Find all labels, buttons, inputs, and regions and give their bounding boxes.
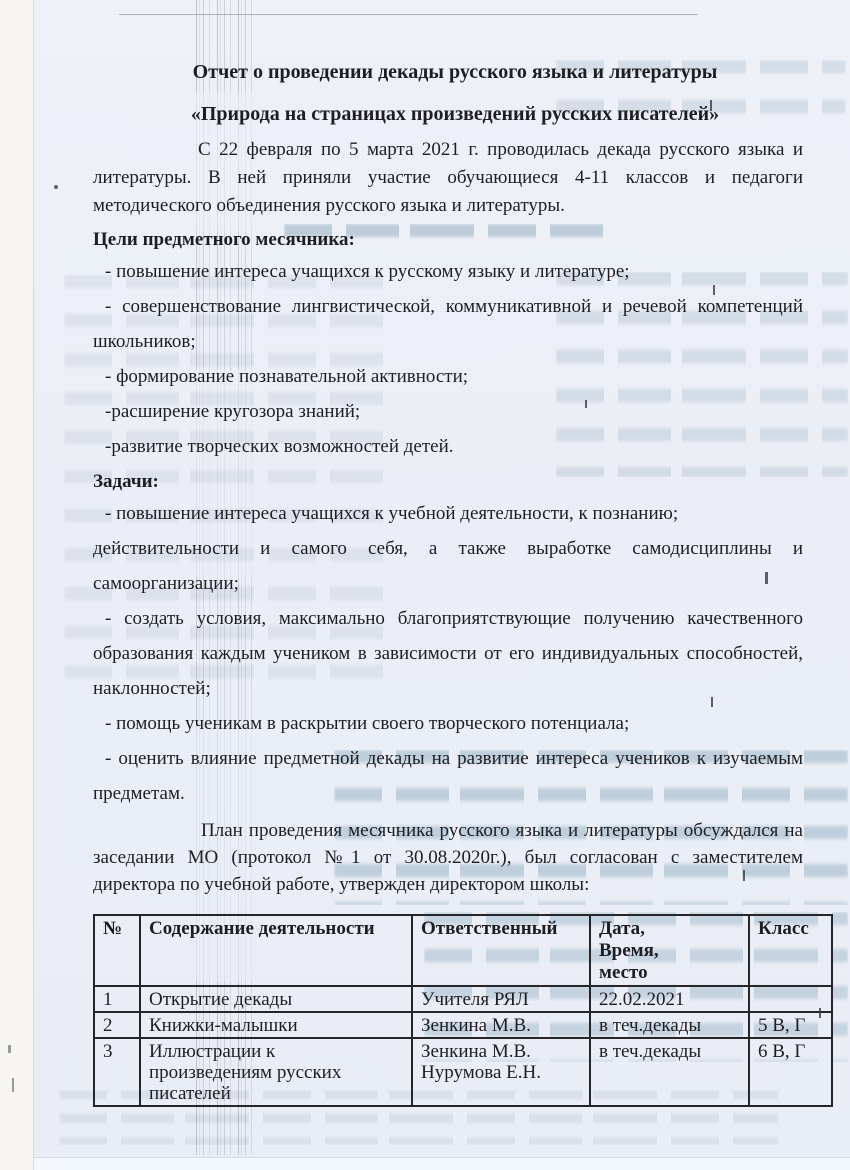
task-item: - оценить влияние предметной декады на р… bbox=[93, 741, 817, 811]
scan-speck bbox=[12, 1078, 14, 1092]
scan-speck bbox=[8, 1045, 11, 1053]
report-title: Отчет о проведении декады русского языка… bbox=[93, 60, 817, 84]
scan-speck bbox=[710, 100, 712, 111]
goal-item: - совершенствование лингвистической, ком… bbox=[93, 289, 817, 359]
table-cell: Иллюстрации к произведениям русских писа… bbox=[140, 1038, 412, 1106]
table-cell: Книжки-малышки bbox=[140, 1012, 412, 1038]
events-table: № Содержание деятельности Ответственный … bbox=[93, 914, 833, 1107]
page-background: Отчет о проведении декады русского языка… bbox=[33, 0, 850, 1170]
goals-heading: Цели предметного месячника: bbox=[93, 226, 817, 254]
table-cell: 22.02.2021 bbox=[590, 986, 749, 1012]
table-cell: 3 bbox=[94, 1038, 140, 1106]
goal-item: - формирование познавательной активности… bbox=[93, 359, 817, 394]
scan-speck bbox=[765, 572, 768, 584]
table-header-cell: Дата, Время, место bbox=[590, 915, 749, 986]
table-cell: Учителя РЯЛ bbox=[412, 986, 590, 1012]
scan-speck bbox=[585, 400, 587, 408]
goal-item: -расширение кругозора знаний; bbox=[93, 394, 817, 429]
table-header-cell: Ответственный bbox=[412, 915, 590, 986]
table-header-cell: Класс bbox=[749, 915, 832, 986]
report-subtitle: «Природа на страницах произведений русск… bbox=[93, 102, 817, 126]
table-cell: в теч.декады bbox=[590, 1012, 749, 1038]
scan-speck bbox=[819, 1008, 821, 1018]
scan-speck bbox=[743, 870, 745, 881]
scanned-page: { "doc": { "title": "Отчет о проведении … bbox=[0, 0, 850, 1170]
table-row: 1 Открытие декады Учителя РЯЛ 22.02.2021 bbox=[94, 986, 832, 1012]
intro-paragraph: С 22 февраля по 5 марта 2021 г. проводил… bbox=[93, 136, 817, 220]
table-row: 3 Иллюстрации к произведениям русских пи… bbox=[94, 1038, 832, 1106]
task-item: - создать условия, максимально благоприя… bbox=[93, 601, 817, 706]
table-cell: 1 bbox=[94, 986, 140, 1012]
table-cell: 6 В, Г bbox=[749, 1038, 832, 1106]
scan-speck bbox=[54, 185, 58, 189]
table-cell: 2 bbox=[94, 1012, 140, 1038]
plan-paragraph: План проведения месячника русского языка… bbox=[93, 817, 817, 898]
task-item: - помощь ученикам в раскрытии своего тво… bbox=[93, 706, 817, 741]
table-cell: Открытие декады bbox=[140, 986, 412, 1012]
scan-speck bbox=[713, 285, 715, 295]
scanner-strip-bottom bbox=[34, 1157, 850, 1170]
table-cell: Зенкина М.В. bbox=[412, 1012, 590, 1038]
table-header-row: № Содержание деятельности Ответственный … bbox=[94, 915, 832, 986]
document-content: Отчет о проведении декады русского языка… bbox=[93, 0, 817, 1107]
table-row: 2 Книжки-малышки Зенкина М.В. в теч.дека… bbox=[94, 1012, 832, 1038]
scan-speck bbox=[711, 697, 713, 707]
table-cell: в теч.декады bbox=[590, 1038, 749, 1106]
table-cell: Зенкина М.В. Нурумова Е.Н. bbox=[412, 1038, 590, 1106]
table-header-cell: Содержание деятельности bbox=[140, 915, 412, 986]
task-item: действительности и самого себя, а также … bbox=[93, 531, 817, 601]
table-header-cell: № bbox=[94, 915, 140, 986]
goal-item: -развитие творческих возможностей детей. bbox=[93, 429, 817, 464]
task-item: - повышение интереса учащихся к учебной … bbox=[93, 496, 817, 531]
tasks-heading: Задачи: bbox=[93, 468, 817, 496]
goal-item: - повышение интереса учащихся к русскому… bbox=[93, 254, 817, 289]
